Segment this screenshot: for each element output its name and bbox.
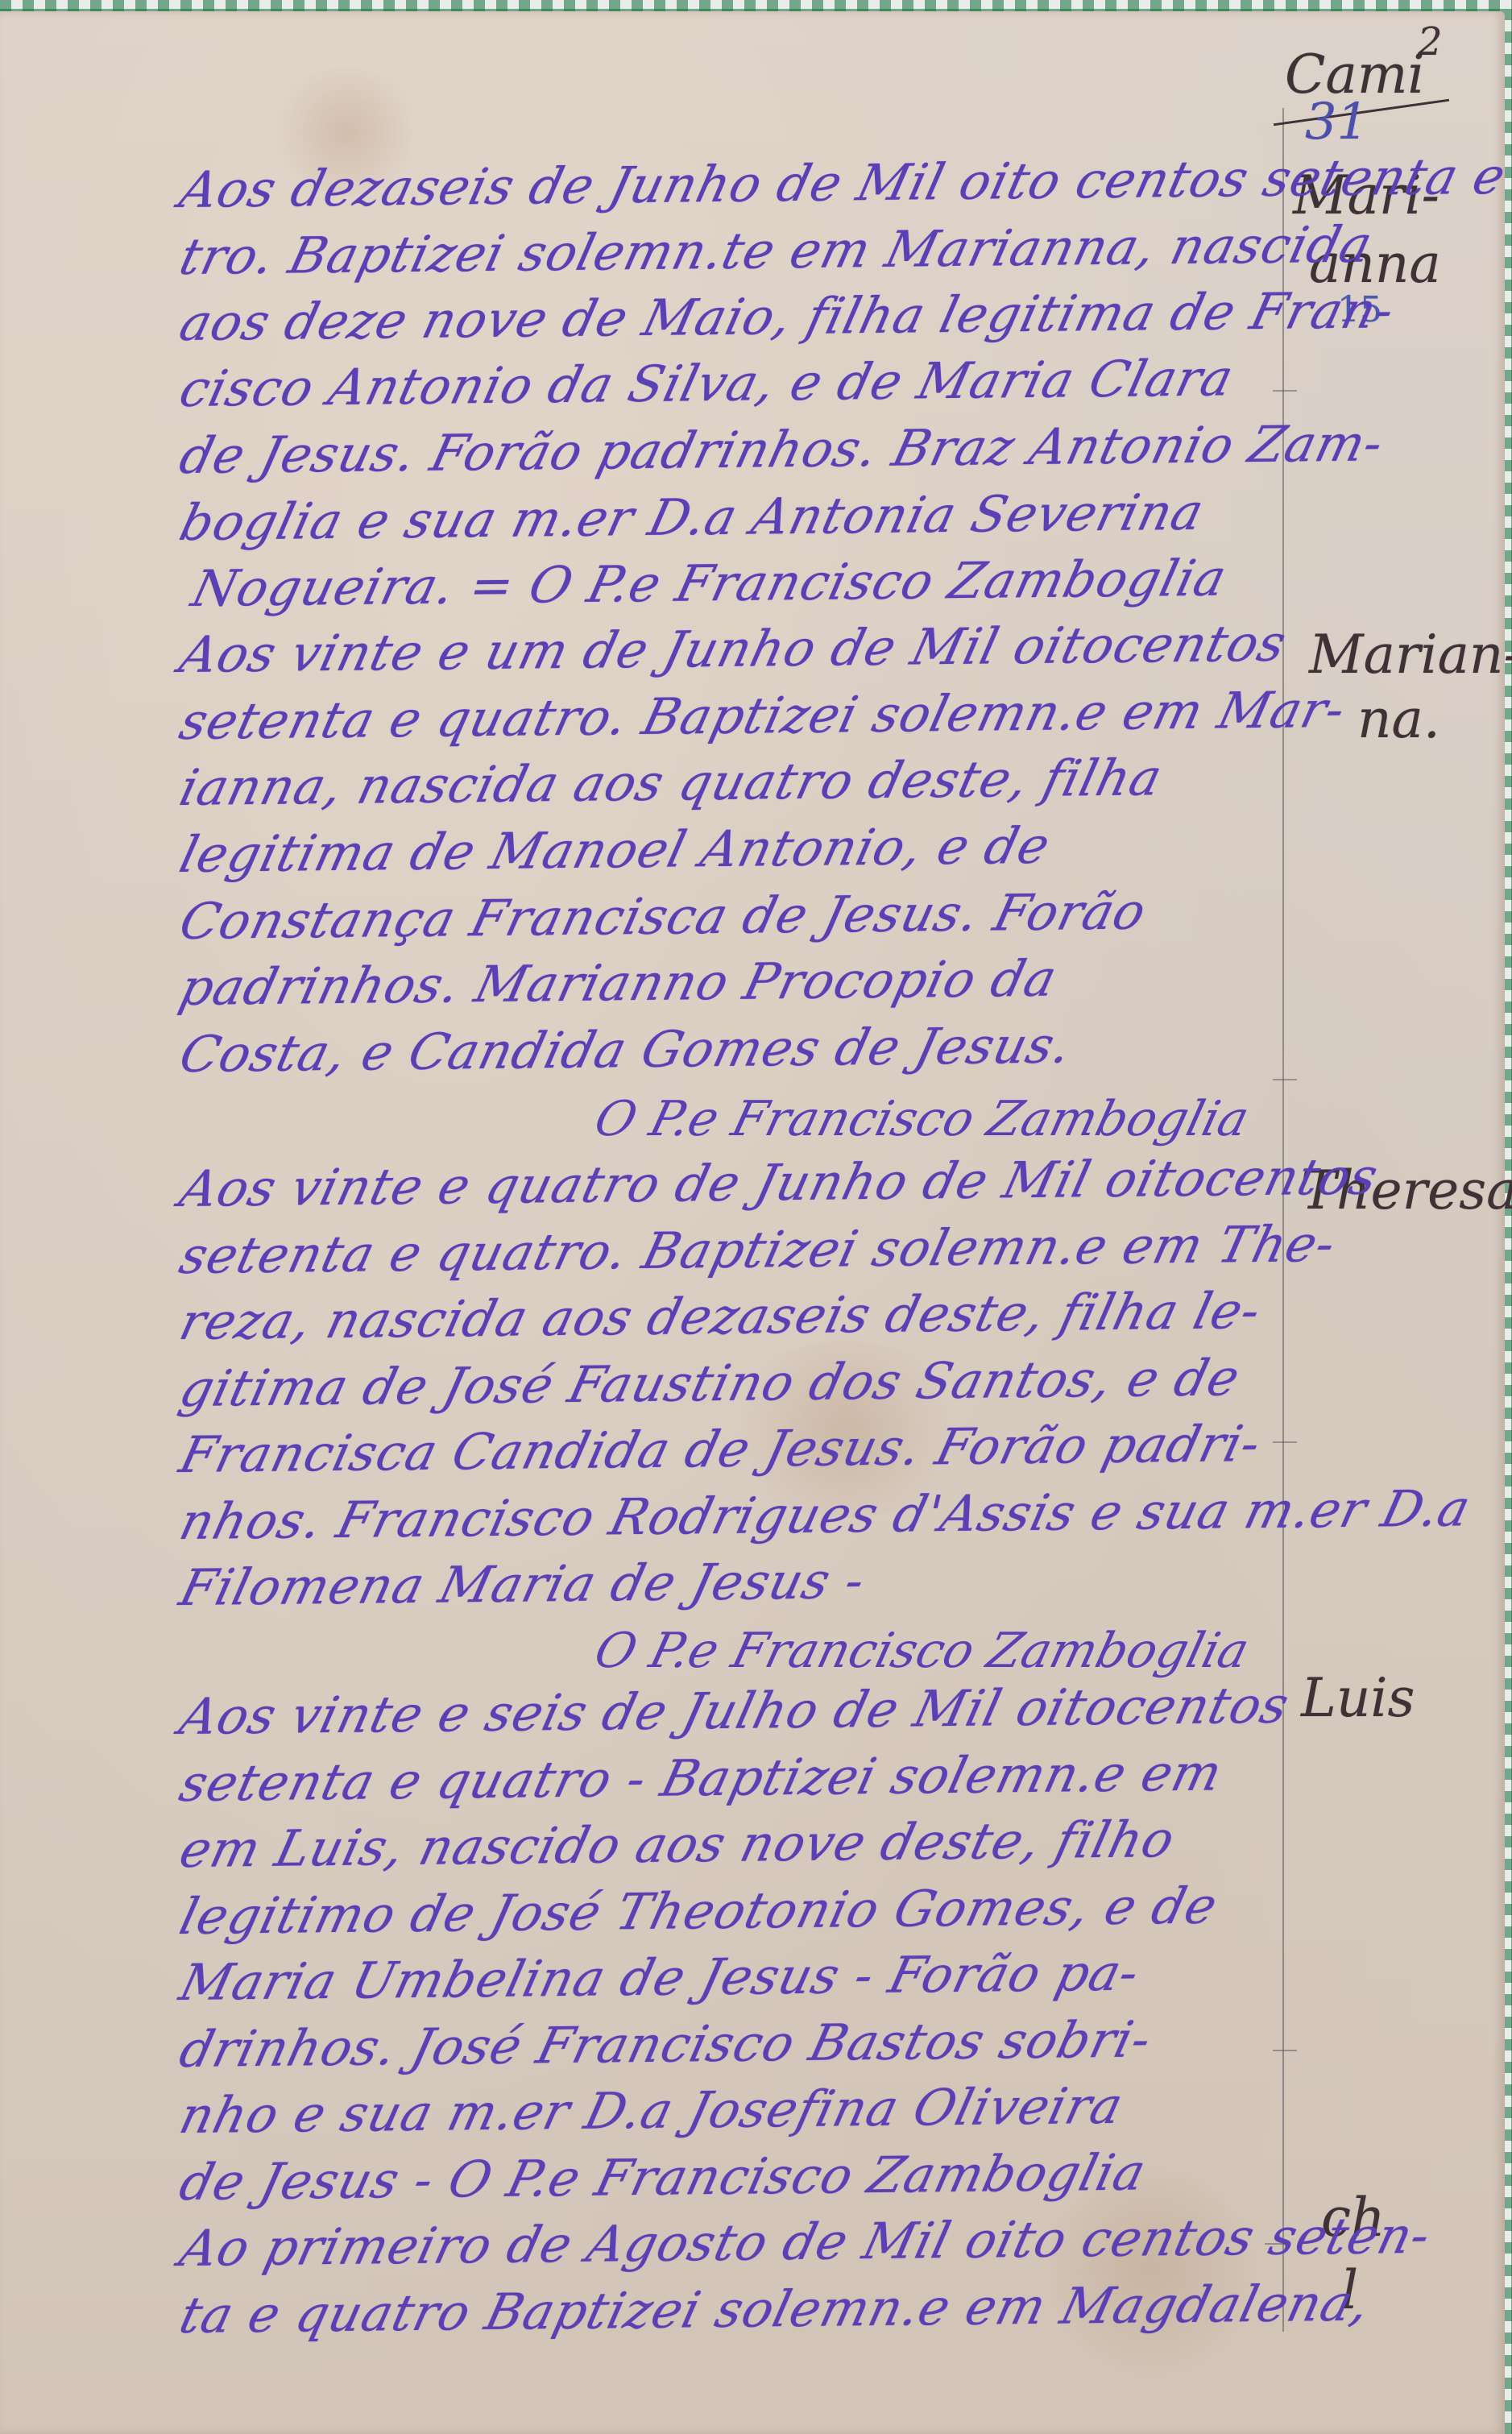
entry-line: boglia e sua m.er D.a Antonia Severina xyxy=(174,483,1210,552)
entry-line: padrinhos. Marianno Procopio da xyxy=(174,949,1063,1017)
entry-line: ta e quatro Baptizei solemn.e em Magdale… xyxy=(174,2274,1376,2345)
entry-line: ianna, nascida aos quatro deste, filha xyxy=(174,748,1168,817)
rule-tick xyxy=(1273,2050,1297,2051)
margin-name: Marian- xyxy=(1309,624,1512,686)
entry-line: de Jesus - O P.e Francisco Zamboglia xyxy=(174,2143,1152,2212)
entry-line: Aos vinte e seis de Julho de Mil oitocen… xyxy=(174,1676,1295,1746)
entry-line: Costa, e Candida Gomes de Jesus. xyxy=(174,1015,1078,1084)
entry-line: nho e sua m.er D.a Josefina Oliveira xyxy=(174,2076,1129,2145)
entry-line: cisco Antonio da Silva, e de Maria Clara xyxy=(174,348,1239,418)
priest-signature: O P.e Francisco Zamboglia xyxy=(589,1623,1254,1679)
entry-line: Maria Umbelina de Jesus - Forão pa- xyxy=(174,1943,1145,2012)
margin-name: Luis xyxy=(1301,1667,1415,1729)
entry-line: nhos. Francisco Rodrigues d'Assis e sua … xyxy=(174,1478,1477,1551)
entry-line: legitimo de José Theotonio Gomes, e de xyxy=(174,1876,1224,1946)
entry-line: setenta e quatro. Baptizei solemn.e em T… xyxy=(174,1214,1341,1285)
priest-signature: O P.e Francisco Zamboglia xyxy=(589,1091,1254,1147)
entry-line: Nogueira. = O P.e Francisco Zamboglia xyxy=(186,549,1232,618)
margin-name: na. xyxy=(1357,688,1440,750)
rule-tick xyxy=(1273,390,1297,392)
entry-line: drinhos. José Francisco Bastos sobri- xyxy=(174,2009,1158,2079)
entry-line: Francisca Candida de Jesus. Forão padri- xyxy=(174,1414,1266,1484)
entry-line: em Luis, nascido aos nove deste, filho xyxy=(174,1810,1181,1879)
entry-line: setenta e quatro. Baptizei solemn.e em M… xyxy=(174,680,1352,751)
register-page: 2 Cami 31 Mari- anna 15 Aos dezaseis de … xyxy=(0,11,1505,2434)
entry-line: tro. Baptizei solemn.te em Marianna, nas… xyxy=(174,215,1378,286)
entry-line: gitima de José Faustino dos Santos, e de xyxy=(174,1348,1245,1418)
entry-line: aos deze nove de Maio, filha legitima de… xyxy=(174,280,1400,352)
entry-line: Aos vinte e um de Junho de Mil oitocento… xyxy=(174,614,1292,684)
entry-line: Filomena Maria de Jesus - xyxy=(174,1551,871,1617)
entry-line: de Jesus. Forão padrinhos. Braz Antonio … xyxy=(174,413,1390,485)
rule-tick xyxy=(1265,2243,1289,2245)
rule-tick xyxy=(1273,1441,1297,1443)
entry-line: Constança Francisca de Jesus. Forão xyxy=(174,882,1152,951)
folio-number: 31 xyxy=(1305,92,1369,151)
entry-line: Aos vinte e quatro de Junho de Mil oitoc… xyxy=(174,1147,1384,1218)
entry-line: legitima de Manoel Antonio, e de xyxy=(174,816,1056,884)
entry-line: setenta e quatro - Baptizei solemn.e em xyxy=(174,1744,1228,1813)
rule-tick xyxy=(1273,1079,1297,1080)
entry-line: reza, nascida aos dezaseis deste, filha … xyxy=(174,1281,1266,1351)
